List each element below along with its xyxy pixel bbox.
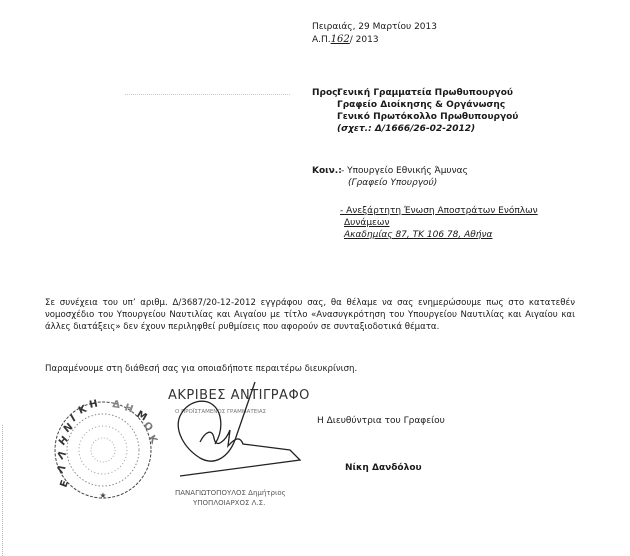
svg-text:Λ: Λ: [55, 463, 69, 475]
svg-text:Η: Η: [123, 402, 134, 415]
svg-text:★: ★: [99, 491, 106, 500]
recipient-line-2: Γραφείο Διοίκησης & Οργάνωσης: [337, 100, 505, 111]
cc-label: Κοιν.:: [312, 166, 342, 177]
protocol-handwritten-number: 162: [331, 34, 350, 45]
svg-text:Η: Η: [88, 398, 98, 411]
recipient-line-1: Γενική Γραμματεία Πρωθυπουργού: [337, 88, 513, 99]
cc-entry-2-name: - Ανεξάρτητη Ένωση Αποστράτων Ενόπλων: [340, 206, 538, 217]
protocol-year: / 2013: [350, 35, 379, 45]
redacted-sender-line: [125, 94, 290, 97]
svg-text:Ε: Ε: [58, 479, 71, 489]
svg-text:Κ: Κ: [77, 403, 89, 417]
officer-rank-stamp: ΥΠΟΠΛΟΙΑΡΧΟΣ Λ.Σ.: [192, 499, 265, 507]
cc-entry-2-address: Ακαδημίας 87, ΤΚ 106 78, Αθήνα: [344, 230, 492, 241]
recipient-reference: (σχετ.: Δ/1666/26-02-2012): [337, 124, 475, 135]
cc-entry-1-name: - Υπουργείο Εθνικής Άμυνας: [341, 166, 468, 177]
certified-copy-stamp: ΑΚΡΙΒΕΣ ΑΝΤΙΓΡΑΦΟ: [168, 388, 310, 403]
protocol-prefix: Α.Π.: [312, 35, 331, 45]
body-paragraph-1: Σε συνέχεια του υπ’ αριθμ. Δ/3687/20-12-…: [45, 297, 575, 334]
svg-text:Ι: Ι: [69, 413, 78, 424]
signatory-name: Νίκη Δανδόλου: [345, 463, 422, 474]
cc-entry-1-sub: (Γραφείο Υπουργού): [348, 178, 437, 189]
cc-entry-2-name-cont: Δυνάμεων: [344, 218, 389, 229]
certified-copy-sub: Ο ΠΡΟΪΣΤΑΜΕΝΟΣ ΓΡΑΜΜΑΤΕΙΑΣ: [175, 408, 267, 415]
recipient-line-3: Γενικό Πρωτόκολλο Πρωθυπουργού: [337, 112, 518, 123]
seal-and-signature-graphic: ★ Ε Λ Λ Η Ν Ι Κ Η Δ Η Μ Ο Κ ΑΚΡΙΒΕΣ ΑΝΤΙ…: [0, 380, 330, 556]
signatory-title: Η Διευθύντρια του Γραφείου: [317, 416, 445, 427]
body-paragraph-2: Παραμένουμε στη διάθεσή σας για οποιαδήπ…: [45, 363, 357, 375]
svg-text:Η: Η: [57, 434, 71, 448]
protocol-number: Α.Π.162/ 2013: [312, 34, 379, 46]
svg-text:Δ: Δ: [112, 399, 121, 411]
svg-text:Κ: Κ: [146, 433, 160, 447]
place-date: Πειραιάς, 29 Μαρτίου 2013: [312, 22, 437, 33]
officer-name-stamp: ΠΑΝΑΓΙΩΤΟΠΟΥΛΟΣ Δημήτριος: [175, 489, 286, 497]
